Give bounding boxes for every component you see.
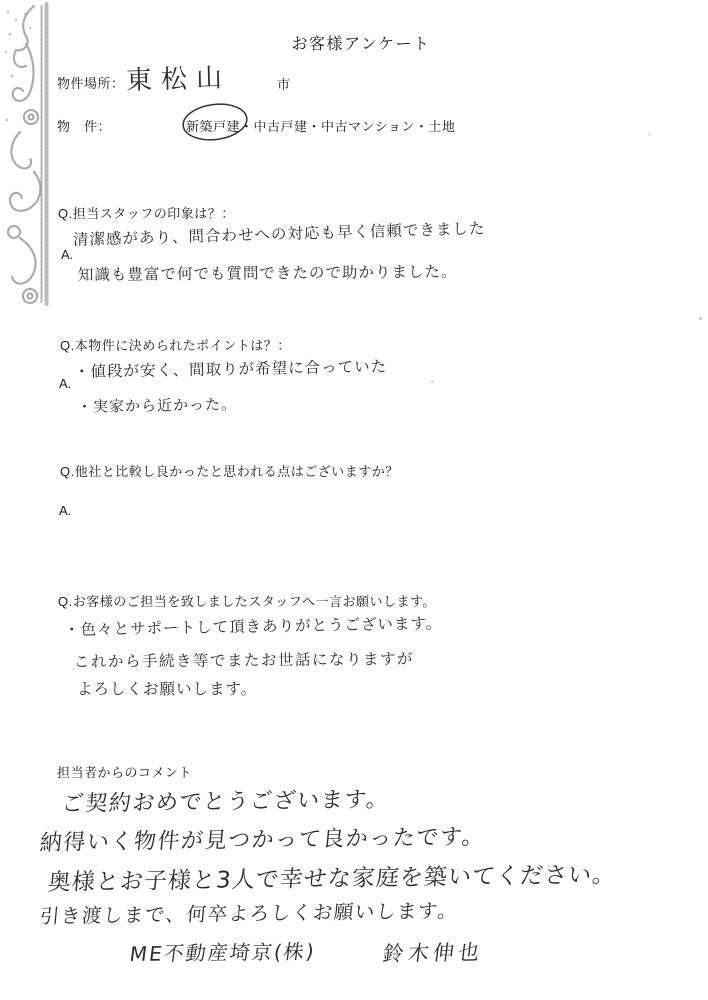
question-2-answer-label: A. <box>59 376 71 391</box>
scanned-survey-page: お客様アンケート 物件場所： 東松山 市 物 件： 新築戸建・中古戸建・中古マン… <box>0 0 708 1000</box>
staff-comment-line-1: ご契約おめでとうございます。 <box>61 782 392 818</box>
question-2-answer-line-2: ・実家から近かった。 <box>77 393 237 417</box>
question-4-text: Q.お客様のご担当を致しましたスタッフへ一言お願いします。 <box>58 591 436 610</box>
question-4-answer-line-2: これから手続き等でまたお世話になりますが <box>74 647 414 672</box>
location-handwritten-value: 東松山 <box>126 57 232 97</box>
scan-speck <box>648 133 651 136</box>
question-4-answer-line-1: ・色々とサポートして頂きありがとうございます。 <box>64 611 443 640</box>
staff-comment-line-4: 引き渡しまで、何卒よろしくお願いします。 <box>39 895 460 929</box>
question-3-text: Q.他社と比較し良かったと思われる点はございますか？ <box>60 461 399 480</box>
question-1-text: Q.担当スタッフの印象は？： <box>58 203 235 222</box>
staff-comment-line-3: 奥様とお子様と3人で幸せな家庭を築いてください。 <box>46 856 617 897</box>
question-4-answer-line-3: よろしくお願いします。 <box>77 677 257 699</box>
signature-name: 鈴木伸也 <box>381 936 485 968</box>
question-2-text: Q.本物件に決められたポイントは？： <box>60 335 291 354</box>
location-label: 物件場所： <box>57 73 125 92</box>
selection-circle <box>180 100 250 144</box>
signature-company: ME不動産埼京(株) <box>128 935 318 967</box>
location-unit: 市 <box>277 74 291 93</box>
scan-speck <box>431 380 434 383</box>
question-3-answer-label: A. <box>59 503 71 518</box>
staff-comment-line-2: 納得いく物件が見つかって良かったです。 <box>39 820 487 857</box>
page-title: お客様アンケート <box>0 31 708 54</box>
property-options-rest: ・中古戸建・中古マンション・土地 <box>240 119 455 134</box>
property-label: 物 件： <box>57 116 111 135</box>
staff-comment-label: 担当者からのコメント <box>57 762 192 781</box>
question-1-answer-label: A. <box>61 247 73 262</box>
scan-speck <box>699 317 702 320</box>
question-1-answer-line-2: 知識も豊富で何でも質問できたので助かりました。 <box>78 260 458 285</box>
question-2-answer-line-1: ・値段が安く、間取りが希望に合っていた <box>74 355 388 382</box>
